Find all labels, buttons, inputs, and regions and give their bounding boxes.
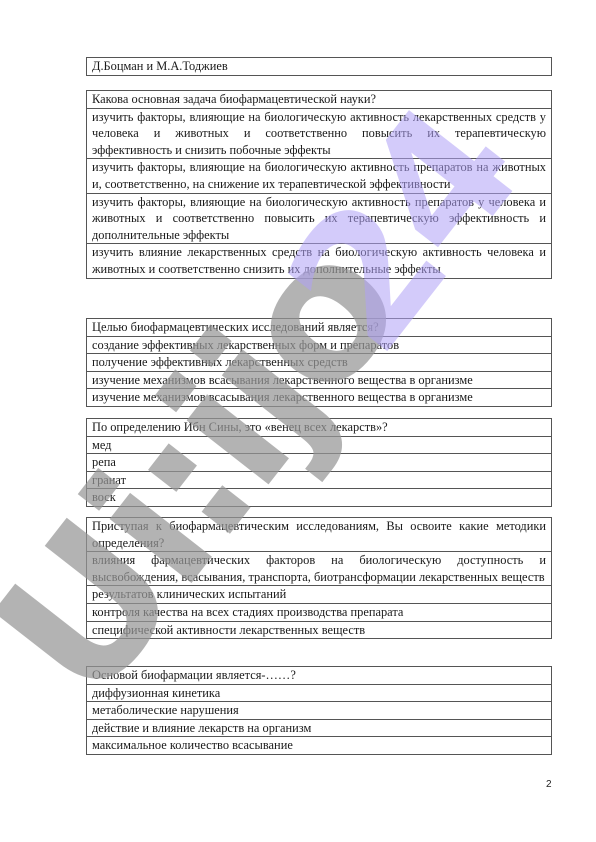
answer-option: репа [87, 453, 551, 471]
question-text: Какова основная задача биофармацевтическ… [87, 91, 551, 108]
answer-option: создание эффективных лекарственных форм … [87, 336, 551, 354]
answer-option: максимальное количество всасывание [87, 736, 551, 754]
document-page: Д.Боцман и М.А.Тоджиев Какова основная з… [0, 0, 596, 842]
answer-option: изучить факторы, влияющие на биологическ… [87, 108, 551, 159]
answer-option: действие и влияние лекарств на организм [87, 719, 551, 737]
question-text: Основой биофармации является-……? [87, 667, 551, 684]
answer-option: результатов клинических испытаний [87, 585, 551, 603]
answer-option: специфической активности лекарственных в… [87, 621, 551, 639]
answer-option: получение эффективных лекарственных сред… [87, 353, 551, 371]
answer-option: мед [87, 436, 551, 454]
question-table-5: Основой биофармации является-……? диффузи… [86, 666, 552, 755]
answer-option: метаболические нарушения [87, 701, 551, 719]
question-table-4: Приступая к биофармацевтическим исследов… [86, 517, 552, 639]
answer-option: изучение механизмов всасывания лекарстве… [87, 388, 551, 406]
answer-option: контроля качества на всех стадиях произв… [87, 603, 551, 621]
header-text: Д.Боцман и М.А.Тоджиев [87, 58, 551, 75]
answer-option: изучение механизмов всасывания лекарстве… [87, 371, 551, 389]
answer-option: изучить влияние лекарственных средств на… [87, 243, 551, 277]
answer-option: воск [87, 488, 551, 506]
answer-option: гранат [87, 471, 551, 489]
question-text: Приступая к биофармацевтическим исследов… [87, 518, 551, 551]
question-table-2: Целью биофармацевтических исследований я… [86, 318, 552, 407]
question-table-3: По определению Ибн Сины, это «венец всех… [86, 418, 552, 507]
header-table: Д.Боцман и М.А.Тоджиев [86, 57, 552, 76]
page-number: 2 [546, 779, 552, 790]
question-text: Целью биофармацевтических исследований я… [87, 319, 551, 336]
answer-option: изучить факторы, влияющие на биологическ… [87, 158, 551, 192]
question-table-1: Какова основная задача биофармацевтическ… [86, 90, 552, 279]
question-text: По определению Ибн Сины, это «венец всех… [87, 419, 551, 436]
answer-option: влияния фармацевтических факторов на био… [87, 551, 551, 585]
answer-option: изучить факторы, влияющие на биологическ… [87, 193, 551, 244]
answer-option: диффузионная кинетика [87, 684, 551, 702]
